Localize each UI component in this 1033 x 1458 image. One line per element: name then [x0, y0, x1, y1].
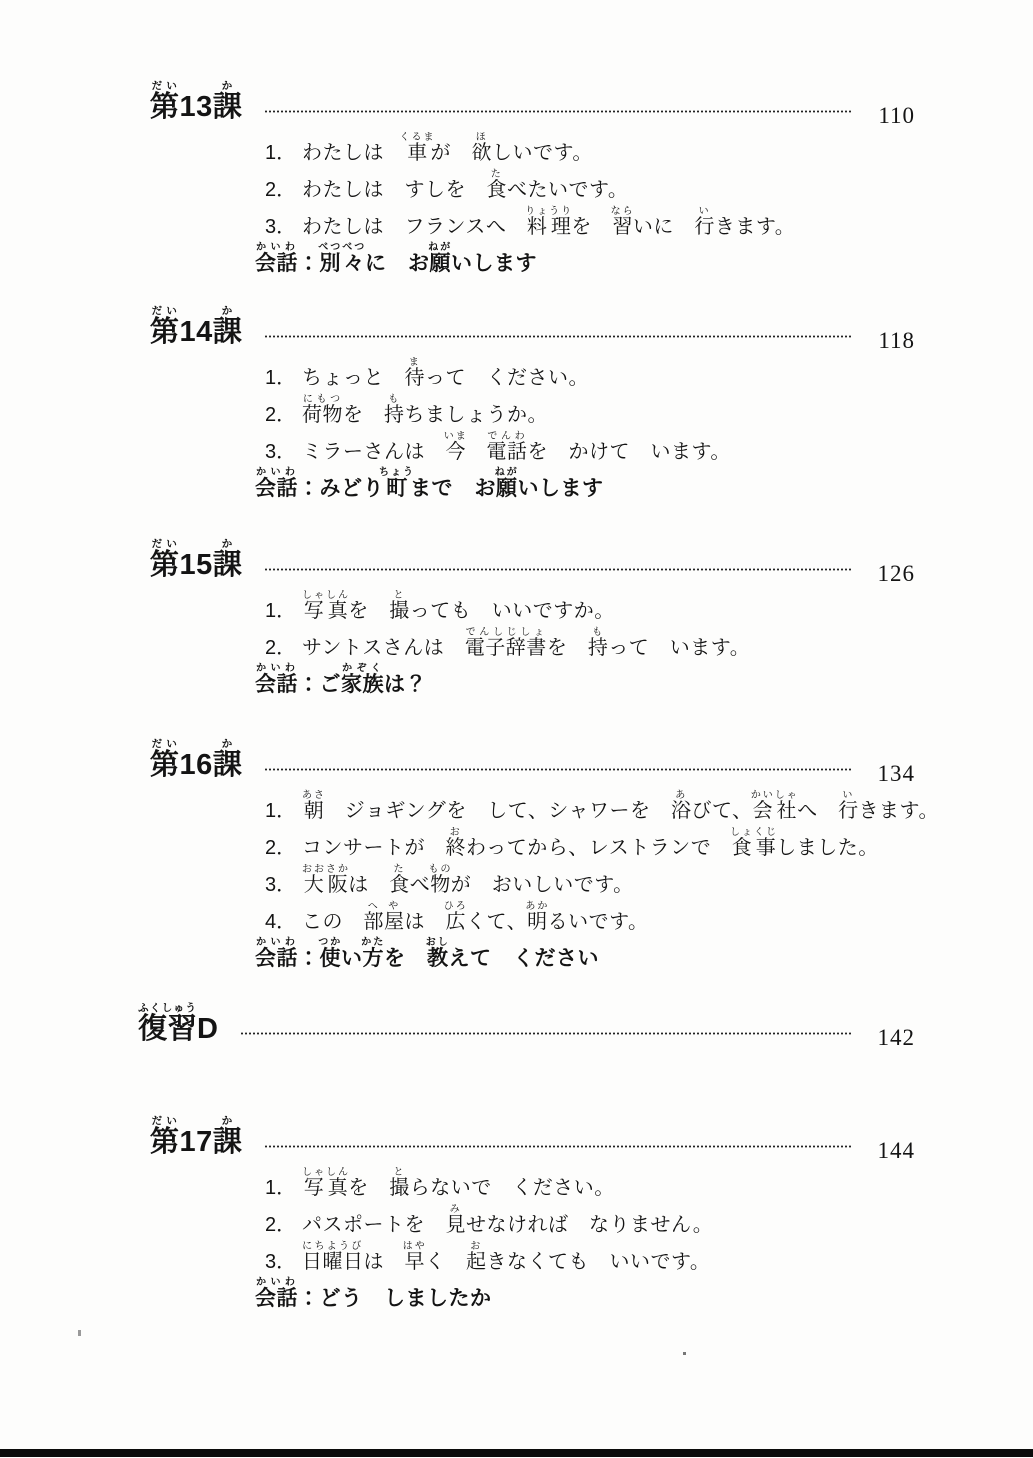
- toc-section-review-d: 復習ふくしゅうD142: [0, 998, 1033, 1044]
- item-number: 2．: [265, 637, 302, 660]
- section-title: 第だい14課か: [150, 305, 242, 347]
- sentence-text: 会話かいわ：どう しましたか: [255, 1277, 492, 1311]
- text-run: ：: [298, 947, 320, 970]
- ruby-annotated-text: 会社かいしゃ: [753, 800, 798, 822]
- ruby-annotated-text: 第だい: [150, 749, 180, 781]
- text-run: くて、: [466, 911, 527, 933]
- kaiwa-entry: 会話かいわ：みどり町ちょうまで お願ねがいします: [0, 464, 1033, 501]
- text-run: サントスさんは: [302, 637, 465, 659]
- furigana: おし: [426, 937, 450, 948]
- ruby-annotated-text: 食た: [487, 179, 508, 201]
- text-run: が: [431, 142, 472, 164]
- section-heading-row: 第だい14課か118: [0, 301, 1033, 347]
- text-run: パスポートを: [302, 1214, 446, 1236]
- text-run: は？: [384, 673, 427, 696]
- text-run: く: [425, 1251, 466, 1273]
- section-heading-row: 第だい13課か110: [0, 76, 1033, 122]
- furigana: りょうり: [525, 206, 573, 217]
- furigana: か: [213, 305, 243, 317]
- ruby-annotated-text: 大阪おおさか: [302, 874, 348, 896]
- numbered-sentence: 3．ミラーさんは 今いま 電話でんわを かけて います。: [0, 427, 1033, 464]
- ruby-annotated-text: 待ま: [405, 367, 426, 389]
- sentence-list: 1．ちょっと 待まって ください。2．荷物にもつを 持もちましょうか。3．ミラー…: [0, 353, 1033, 501]
- ruby-annotated-text: 別々べつべつ: [320, 252, 366, 275]
- numbered-sentence: 2．コンサートが 終おわってから、レストランで 食事しょくじしました。: [0, 823, 1033, 860]
- text-run: へ: [797, 800, 838, 822]
- furigana: み: [446, 1204, 467, 1215]
- text-run: は: [405, 911, 446, 933]
- text-run: しました。: [776, 837, 879, 859]
- numbered-sentence: 2．パスポートを 見みせなければ なりません。: [0, 1200, 1033, 1237]
- section-title: 第だい17課か: [150, 1115, 242, 1157]
- furigana: か: [213, 738, 243, 750]
- furigana: もの: [429, 864, 453, 875]
- toc-section-lesson-16: 第だい16課か1341．朝あさ ジョギングを して、シャワーを 浴あびて、会社か…: [0, 734, 1033, 971]
- text-run: って ください。: [425, 367, 589, 389]
- ruby-annotated-text: 第だい: [150, 91, 180, 123]
- item-number: 3．: [265, 216, 302, 239]
- ruby-annotated-text: 町ちょう: [384, 477, 410, 500]
- furigana: にちようび: [302, 1241, 363, 1252]
- furigana: だい: [150, 1115, 180, 1127]
- text-run: ：ご: [298, 673, 341, 696]
- numbered-sentence: 2．サントスさんは 電子辞書でんしじしょを 持もって います。: [0, 623, 1033, 660]
- numbered-sentence: 3．わたしは フランスへ 料理りょうりを 習ならいに 行いきます。: [0, 202, 1033, 239]
- furigana: はや: [403, 1241, 427, 1252]
- furigana: か: [213, 80, 243, 92]
- ruby-annotated-text: 欲ほ: [472, 142, 493, 164]
- toc-section-lesson-15: 第だい15課か1261．写真しゃしんを 撮とっても いいですか。2．サントスさん…: [0, 534, 1033, 697]
- item-number: 4．: [265, 911, 302, 934]
- ruby-annotated-text: 第だい: [150, 1126, 180, 1158]
- page-number: 118: [869, 329, 915, 352]
- sentence-text: 会話かいわ：ご家族かぞくは？: [255, 663, 427, 697]
- ruby-annotated-text: 起お: [466, 1251, 487, 1273]
- item-number: 2．: [265, 179, 302, 202]
- furigana: た: [389, 864, 410, 875]
- ruby-annotated-text: 車くるま: [405, 142, 431, 164]
- ruby-annotated-text: 願ねが: [430, 252, 452, 275]
- furigana: なら: [611, 206, 635, 217]
- scan-speck: [78, 1330, 81, 1336]
- item-number: 3．: [265, 874, 302, 897]
- toc-section-lesson-14: 第だい14課か1181．ちょっと 待まって ください。2．荷物にもつを 持もちま…: [0, 301, 1033, 501]
- ruby-annotated-text: 明あか: [527, 911, 548, 933]
- text-run: っても いいですか。: [410, 600, 615, 622]
- ruby-annotated-text: 荷物にもつ: [302, 404, 343, 426]
- ruby-annotated-text: 行い: [694, 216, 715, 238]
- furigana: ねが: [428, 242, 452, 253]
- section-heading-row: 復習ふくしゅうD142: [0, 998, 1033, 1044]
- ruby-annotated-text: 食事しょくじ: [732, 837, 777, 859]
- furigana: と: [389, 590, 410, 601]
- ruby-annotated-text: 電子辞書でんしじしょ: [465, 637, 547, 659]
- text-run: D: [197, 1013, 218, 1045]
- furigana: あ: [671, 790, 692, 801]
- furigana: お: [446, 827, 467, 838]
- text-run: えて ください: [449, 947, 600, 970]
- furigana: た: [487, 169, 508, 180]
- furigana: だい: [150, 80, 180, 92]
- text-run: わたしは フランスへ: [302, 216, 527, 238]
- furigana: でんわ: [487, 431, 528, 442]
- text-run: わたしは すしを: [302, 179, 487, 201]
- page-number: 144: [869, 1139, 915, 1162]
- text-run: コンサートが: [302, 837, 446, 859]
- ruby-annotated-text: 朝あさ: [302, 800, 324, 822]
- item-number: 3．: [265, 1251, 302, 1274]
- furigana: あさ: [302, 790, 326, 801]
- text-run: 17: [180, 1126, 213, 1158]
- ruby-annotated-text: 浴あ: [671, 800, 692, 822]
- dotted-leader: [264, 335, 853, 338]
- ruby-annotated-text: 第だい: [150, 316, 180, 348]
- sentence-text: 会話かいわ：みどり町ちょうまで お願ねがいします: [255, 467, 604, 501]
- text-run: を: [348, 600, 389, 622]
- furigana: ま: [405, 357, 426, 368]
- item-number: 1．: [265, 1177, 302, 1200]
- furigana: でんしじしょ: [465, 627, 547, 638]
- ruby-annotated-text: 第だい: [150, 549, 180, 581]
- furigana: にもつ: [302, 394, 343, 405]
- numbered-sentence: 1．朝あさ ジョギングを して、シャワーを 浴あびて、会社かいしゃへ 行いきます…: [0, 786, 1033, 823]
- furigana: へや: [364, 901, 405, 912]
- item-number: 1．: [265, 142, 302, 165]
- sentence-text: 大阪おおさかは 食たべ物ものが おいしいです。: [302, 864, 634, 897]
- ruby-annotated-text: 方かた: [363, 947, 385, 970]
- section-title: 復習ふくしゅうD: [138, 1002, 218, 1044]
- kaiwa-entry: 会話かいわ：ご家族かぞくは？: [0, 660, 1033, 697]
- sentence-text: 朝あさ ジョギングを して、シャワーを 浴あびて、会社かいしゃへ 行いきます。: [302, 790, 939, 823]
- furigana: も: [384, 394, 405, 405]
- item-number: 1．: [265, 600, 302, 623]
- sentence-text: ミラーさんは 今いま 電話でんわを かけて います。: [302, 431, 731, 464]
- furigana: かぞく: [341, 663, 384, 674]
- ruby-annotated-text: 使つか: [320, 947, 342, 970]
- scan-speck: [683, 1352, 686, 1355]
- ruby-annotated-text: 撮と: [389, 1177, 410, 1199]
- furigana: くるま: [400, 132, 436, 143]
- text-run: べ: [410, 874, 431, 896]
- text-run: せなければ なりません。: [466, 1214, 713, 1236]
- text-run: びて、: [691, 800, 752, 822]
- ruby-annotated-text: 早はや: [405, 1251, 426, 1273]
- furigana: かいわ: [255, 663, 298, 674]
- page-number: 142: [869, 1026, 915, 1049]
- sentence-list: 1．朝あさ ジョギングを して、シャワーを 浴あびて、会社かいしゃへ 行いきます…: [0, 786, 1033, 971]
- text-run: 15: [180, 549, 213, 581]
- text-run: 16: [180, 749, 213, 781]
- text-run: 13: [180, 91, 213, 123]
- ruby-annotated-text: 持も: [384, 404, 405, 426]
- ruby-annotated-text: 教おし: [427, 947, 449, 970]
- sentence-text: コンサートが 終おわってから、レストランで 食事しょくじしました。: [302, 827, 879, 860]
- furigana: お: [466, 1241, 487, 1252]
- furigana: ほ: [472, 132, 493, 143]
- numbered-sentence: 2．わたしは すしを 食たべたいです。: [0, 165, 1033, 202]
- furigana: かいわ: [255, 242, 298, 253]
- sentence-text: ちょっと 待まって ください。: [302, 357, 589, 390]
- furigana: い: [838, 790, 859, 801]
- ruby-annotated-text: 撮と: [389, 600, 410, 622]
- section-title: 第だい13課か: [150, 80, 242, 122]
- numbered-sentence: 2．荷物にもつを 持もちましょうか。: [0, 390, 1033, 427]
- ruby-annotated-text: 家族かぞく: [341, 673, 384, 696]
- text-run: いします: [518, 477, 604, 500]
- furigana: だい: [150, 538, 180, 550]
- text-run: らないで ください。: [410, 1177, 615, 1199]
- numbered-sentence: 3．大阪おおさかは 食たべ物ものが おいしいです。: [0, 860, 1033, 897]
- furigana: か: [213, 1115, 243, 1127]
- ruby-annotated-text: 行い: [838, 800, 859, 822]
- sentence-text: 写真しゃしんを 撮とっても いいですか。: [302, 590, 615, 623]
- text-run: を: [384, 947, 427, 970]
- ruby-annotated-text: 課か: [213, 1126, 243, 1158]
- text-run: を: [547, 637, 588, 659]
- furigana: あか: [525, 901, 549, 912]
- text-run: いに: [633, 216, 695, 238]
- page-number: 134: [869, 762, 915, 785]
- ruby-annotated-text: 願ねが: [496, 477, 518, 500]
- text-run: きます。: [715, 216, 795, 238]
- text-run: ジョギングを して、シャワーを: [324, 800, 671, 822]
- furigana: ちょう: [379, 467, 415, 478]
- furigana: か: [213, 538, 243, 550]
- kaiwa-entry: 会話かいわ：どう しましたか: [0, 1274, 1033, 1311]
- text-run: を: [348, 1177, 389, 1199]
- furigana: しゃしん: [302, 590, 350, 601]
- furigana: しゃしん: [302, 1167, 350, 1178]
- item-number: 3．: [265, 441, 302, 464]
- ruby-annotated-text: 課か: [213, 91, 243, 123]
- sentence-text: 写真しゃしんを 撮とらないで ください。: [302, 1167, 615, 1200]
- furigana: と: [389, 1167, 410, 1178]
- dotted-leader: [264, 768, 853, 771]
- item-number: 2．: [265, 1214, 302, 1237]
- text-run: わたしは: [302, 142, 405, 164]
- ruby-annotated-text: 復習ふくしゅう: [138, 1013, 197, 1045]
- text-run: ：どう しましたか: [298, 1287, 492, 1310]
- numbered-sentence: 1．ちょっと 待まって ください。: [0, 353, 1033, 390]
- sentence-text: わたしは フランスへ 料理りょうりを 習ならいに 行いきます。: [302, 206, 795, 239]
- ruby-annotated-text: 持も: [588, 637, 609, 659]
- text-run: に お: [365, 252, 430, 275]
- sentence-text: サントスさんは 電子辞書でんしじしょを 持もって います。: [302, 627, 750, 660]
- text-run: は: [348, 874, 389, 896]
- ruby-annotated-text: 会話かいわ: [255, 477, 298, 500]
- text-run: を: [343, 404, 384, 426]
- furigana: かいわ: [255, 937, 298, 948]
- dotted-leader: [264, 568, 853, 571]
- furigana: ひろ: [444, 901, 468, 912]
- text-run: ミラーさんは: [302, 441, 446, 463]
- text-run: この: [302, 911, 364, 933]
- toc-section-lesson-17: 第だい17課か1441．写真しゃしんを 撮とらないで ください。2．パスポートを…: [0, 1111, 1033, 1311]
- sentence-list: 1．写真しゃしんを 撮とらないで ください。2．パスポートを 見みせなければ な…: [0, 1163, 1033, 1311]
- text-run: まで お: [410, 477, 496, 500]
- text-run: ：: [298, 477, 320, 500]
- text-run: い: [341, 947, 363, 970]
- text-run: ：: [298, 252, 320, 275]
- item-number: 1．: [265, 800, 302, 823]
- furigana: も: [588, 627, 609, 638]
- sentence-text: 会話かいわ：別々べつべつに お願ねがいします: [255, 242, 537, 276]
- section-title: 第だい15課か: [150, 538, 242, 580]
- dotted-leader: [264, 1145, 853, 1148]
- text-run: きなくても いいです。: [487, 1251, 711, 1273]
- furigana: つか: [318, 937, 342, 948]
- sentence-list: 1．わたしは 車くるまが 欲ほしいです。2．わたしは すしを 食たべたいです。3…: [0, 128, 1033, 276]
- sentence-text: 荷物にもつを 持もちましょうか。: [302, 394, 548, 427]
- ruby-annotated-text: 部屋へや: [364, 911, 405, 933]
- numbered-sentence: 1．わたしは 車くるまが 欲ほしいです。: [0, 128, 1033, 165]
- text-run: を: [571, 216, 612, 238]
- text-run: わってから、レストランで: [466, 837, 732, 859]
- ruby-annotated-text: 写真しゃしん: [302, 600, 348, 622]
- section-title: 第だい16課か: [150, 738, 242, 780]
- section-heading-row: 第だい16課か134: [0, 734, 1033, 780]
- furigana: かいわ: [255, 1277, 298, 1288]
- furigana: しょくじ: [730, 827, 778, 838]
- furigana: かいしゃ: [751, 790, 799, 801]
- ruby-annotated-text: 終お: [446, 837, 467, 859]
- furigana: いま: [444, 431, 468, 442]
- furigana: ねが: [495, 467, 519, 478]
- section-heading-row: 第だい15課か126: [0, 534, 1033, 580]
- section-heading-row: 第だい17課か144: [0, 1111, 1033, 1157]
- sentence-list: 1．写真しゃしんを 撮とっても いいですか。2．サントスさんは 電子辞書でんしじ…: [0, 586, 1033, 697]
- ruby-annotated-text: 課か: [213, 549, 243, 581]
- scanned-toc-page: 第だい13課か1101．わたしは 車くるまが 欲ほしいです。2．わたしは すしを…: [0, 0, 1033, 1458]
- ruby-annotated-text: 広ひろ: [446, 911, 467, 933]
- ruby-annotated-text: 会話かいわ: [255, 252, 298, 275]
- numbered-sentence: 4．この 部屋へやは 広ひろくて、明あかるいです。: [0, 897, 1033, 934]
- sentence-text: 日曜日にちようびは 早はやく 起おきなくても いいです。: [302, 1241, 710, 1274]
- item-number: 2．: [265, 404, 302, 427]
- text-run: が おいしいです。: [451, 874, 634, 896]
- text-run: 14: [180, 316, 213, 348]
- ruby-annotated-text: 会話かいわ: [255, 1287, 298, 1310]
- kaiwa-entry: 会話かいわ：別々べつべつに お願ねがいします: [0, 239, 1033, 276]
- furigana: い: [694, 206, 715, 217]
- numbered-sentence: 1．写真しゃしんを 撮とらないで ください。: [0, 1163, 1033, 1200]
- ruby-annotated-text: 会話かいわ: [255, 673, 298, 696]
- text-run: ちょっと: [302, 367, 405, 389]
- furigana: だい: [150, 738, 180, 750]
- item-number: 1．: [265, 367, 302, 390]
- sentence-text: この 部屋へやは 広ひろくて、明あかるいです。: [302, 901, 649, 934]
- ruby-annotated-text: 課か: [213, 316, 243, 348]
- text-run: みどり: [320, 477, 385, 500]
- page-number: 126: [869, 562, 915, 585]
- sentence-text: わたしは すしを 食たべたいです。: [302, 169, 628, 202]
- ruby-annotated-text: 日曜日にちようび: [302, 1251, 364, 1273]
- text-run: しいです。: [492, 142, 593, 164]
- text-run: るいです。: [548, 911, 649, 933]
- ruby-annotated-text: 習なら: [612, 216, 633, 238]
- sentence-text: 会話かいわ：使つかい方かたを 教おしえて ください: [255, 937, 599, 971]
- text-run: べたいです。: [507, 179, 628, 201]
- ruby-annotated-text: 料理りょうり: [527, 216, 572, 238]
- sentence-text: パスポートを 見みせなければ なりません。: [302, 1204, 713, 1237]
- ruby-annotated-text: 今いま: [446, 441, 467, 463]
- ruby-annotated-text: 食た: [389, 874, 410, 896]
- text-run: [466, 441, 487, 463]
- item-number: 2．: [265, 837, 302, 860]
- kaiwa-entry: 会話かいわ：使つかい方かたを 教おしえて ください: [0, 934, 1033, 971]
- dotted-leader: [264, 110, 853, 113]
- text-run: を かけて います。: [528, 441, 731, 463]
- text-run: いします: [451, 252, 537, 275]
- text-run: きます。: [859, 800, 939, 822]
- furigana: ふくしゅう: [138, 1002, 197, 1014]
- scan-artifact-bar: [0, 1449, 1033, 1457]
- numbered-sentence: 1．写真しゃしんを 撮とっても いいですか。: [0, 586, 1033, 623]
- furigana: おおさか: [302, 864, 350, 875]
- dotted-leader: [240, 1032, 853, 1035]
- ruby-annotated-text: 見み: [446, 1214, 467, 1236]
- ruby-annotated-text: 会話かいわ: [255, 947, 298, 970]
- furigana: だい: [150, 305, 180, 317]
- ruby-annotated-text: 写真しゃしん: [302, 1177, 348, 1199]
- sentence-text: わたしは 車くるまが 欲ほしいです。: [302, 132, 593, 165]
- text-run: は: [364, 1251, 405, 1273]
- page-number: 110: [869, 104, 915, 127]
- text-run: ちましょうか。: [405, 404, 549, 426]
- furigana: かいわ: [255, 467, 298, 478]
- ruby-annotated-text: 電話でんわ: [487, 441, 528, 463]
- numbered-sentence: 3．日曜日にちようびは 早はやく 起おきなくても いいです。: [0, 1237, 1033, 1274]
- toc-section-lesson-13: 第だい13課か1101．わたしは 車くるまが 欲ほしいです。2．わたしは すしを…: [0, 76, 1033, 276]
- ruby-annotated-text: 課か: [213, 749, 243, 781]
- ruby-annotated-text: 物もの: [430, 874, 451, 896]
- text-run: って います。: [608, 637, 750, 659]
- furigana: かた: [361, 937, 385, 948]
- furigana: べつべつ: [318, 242, 366, 253]
